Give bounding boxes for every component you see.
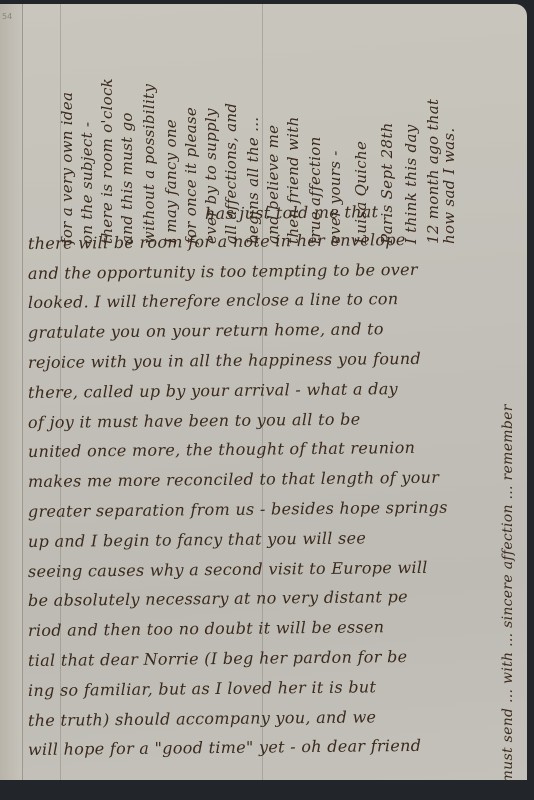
text-line: up and I begin to fancy that you will se… <box>28 527 515 552</box>
text-line: there, called up by your arrival - what … <box>28 378 515 403</box>
letter-paper: 54 for a very own ideaon the subject -th… <box>0 4 527 780</box>
text-line: will hope for a "good time" yet - oh dea… <box>28 735 515 760</box>
vertical-text-column: without a possibility <box>140 84 158 244</box>
vertical-text-column: begins all the ... <box>244 117 262 244</box>
scan-border-right <box>527 0 534 800</box>
text-line: riod and then too no doubt it will be es… <box>28 616 515 641</box>
scan-border-bottom <box>0 780 534 800</box>
text-line: the truth) should accompany you, and we <box>28 705 515 730</box>
vertical-text-column: for once it please <box>182 107 200 244</box>
vertical-text-column: I may fancy one <box>162 119 180 244</box>
page-number: 54 <box>2 12 12 21</box>
text-line: has just told me that <box>205 201 515 224</box>
vertical-text-column: Luisa Quiche <box>352 141 370 244</box>
vertical-text-column: and this must go <box>118 112 136 244</box>
text-line: of joy it must have been to you all to b… <box>28 407 515 432</box>
text-line: greater separation from us - besides hop… <box>28 497 515 522</box>
text-line: united once more, the thought of that re… <box>28 437 515 462</box>
text-line: makes me more reconciled to that length … <box>28 467 515 492</box>
vertical-text-column: how sad I was. <box>440 128 458 244</box>
left-page-edge <box>0 4 23 780</box>
text-line: there will be room for a note in her env… <box>28 229 515 254</box>
scanned-letter: 54 for a very own ideaon the subject -th… <box>0 0 534 800</box>
vertical-text-column: there is room o'clock <box>98 78 116 244</box>
vertical-text-column: for a very own idea <box>58 92 76 244</box>
text-line: be absolutely necessary at no very dista… <box>28 586 515 611</box>
vertical-text-column: true affection <box>306 136 324 244</box>
text-line: seeing causes why a second visit to Euro… <box>28 556 515 581</box>
vertical-text-column: Paris Sept 28th <box>378 122 396 244</box>
text-line: ing so familiar, but as I loved her it i… <box>28 676 515 701</box>
right-margin-note: I must send ... with ... sincere affecti… <box>500 404 516 780</box>
vertical-text-column: on the subject - <box>78 122 96 244</box>
text-line: rejoice with you in all the happiness yo… <box>28 348 515 373</box>
text-line: tial that dear Norrie (I beg her pardon … <box>28 646 515 671</box>
vertical-text-column: I think this day <box>402 125 420 244</box>
vertical-text-column: and believe me <box>264 125 282 244</box>
text-line: gratulate you on your return home, and t… <box>28 318 515 343</box>
text-line: and the opportunity is too tempting to b… <box>28 258 515 283</box>
vertical-text-column: then friend with <box>284 116 302 244</box>
text-line: looked. I will therefore enclose a line … <box>28 288 515 313</box>
